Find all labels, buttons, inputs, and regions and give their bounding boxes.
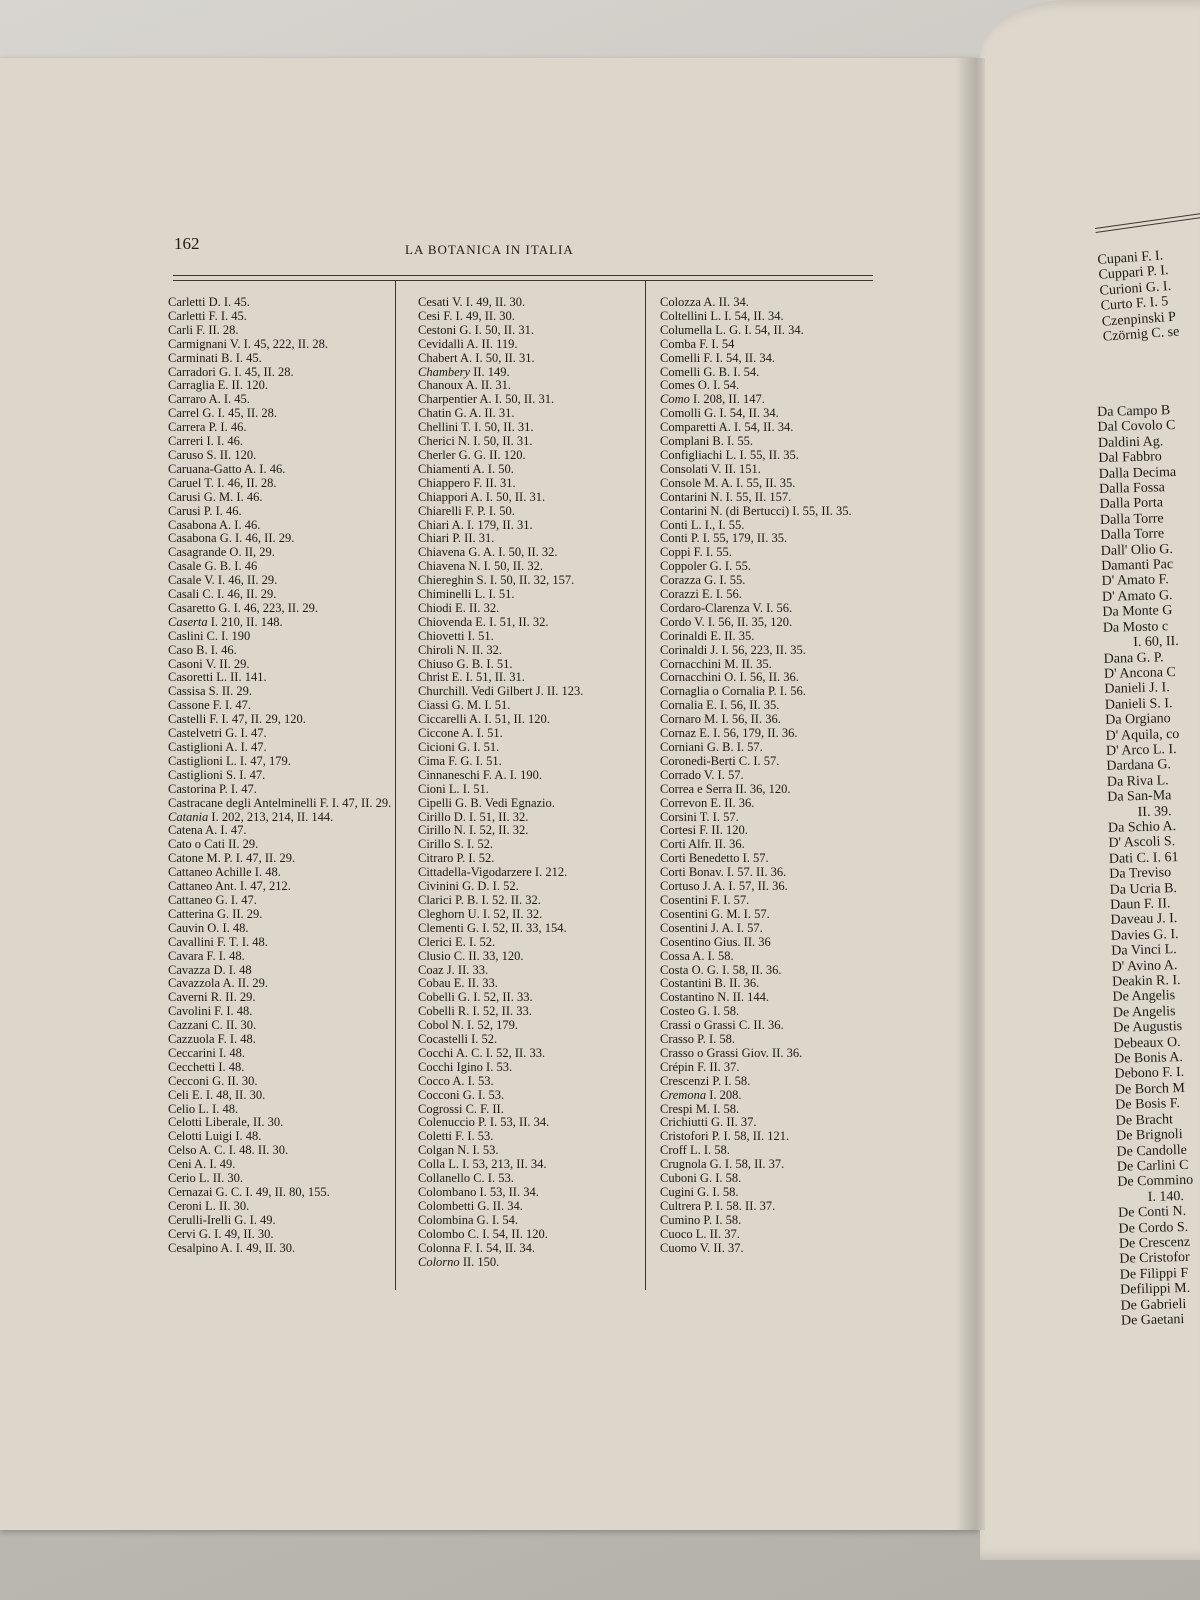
index-entry: Defilippi M.: [1120, 1279, 1200, 1298]
index-entry: Chiovetti I. 51.: [418, 630, 653, 644]
index-entry: Cavazzola A. II. 29.: [168, 977, 403, 991]
index-entry: Cauvin O. I. 48.: [168, 922, 403, 936]
index-entry: Cornaglia o Cornalia P. I. 56.: [660, 685, 895, 699]
index-entry: Cavolini F. I. 48.: [168, 1005, 403, 1019]
index-entry: Casali C. I. 46, II. 29.: [168, 588, 403, 602]
index-entry: Cosentini J. A. I. 57.: [660, 922, 895, 936]
index-entry: Celi E. I. 48, II. 30.: [168, 1089, 403, 1103]
index-entry: Cocchi A. C. I. 52, II. 33.: [418, 1047, 653, 1061]
index-entry: Chiavena G. A. I. 50, II. 32.: [418, 546, 653, 560]
index-entry: Carraglia E. II. 120.: [168, 379, 403, 393]
index-entry: Chiminelli L. I. 51.: [418, 588, 653, 602]
index-entry: Casagrande O. II, 29.: [168, 546, 403, 560]
index-entry: Cicioni G. I. 51.: [418, 741, 653, 755]
index-entry: Clementi G. I. 52, II. 33, 154.: [418, 922, 653, 936]
index-entry: Carli F. II. 28.: [168, 324, 403, 338]
index-entry: Ceroni L. II. 30.: [168, 1200, 403, 1214]
index-entry: Configliachi L. I. 55, II. 35.: [660, 449, 895, 463]
index-entry: Cocco A. I. 53.: [418, 1075, 653, 1089]
index-entry: Chiappori A. I. 50, II. 31.: [418, 491, 653, 505]
index-entry: Crespi M. I. 58.: [660, 1103, 895, 1117]
index-entry: Casoni V. II. 29.: [168, 658, 403, 672]
index-entry: Ceccarini I. 48.: [168, 1047, 403, 1061]
index-entry: Cordaro-Clarenza V. I. 56.: [660, 602, 895, 616]
index-entry: Coletti F. I. 53.: [418, 1130, 653, 1144]
index-entry: Chiuso G. B. I. 51.: [418, 658, 653, 672]
index-entry: Correvon E. II. 36.: [660, 797, 895, 811]
index-entry: Crescenzi P. I. 58.: [660, 1075, 895, 1089]
index-entry: Chiari A. I. 179, II. 31.: [418, 519, 653, 533]
index-entry: Cazzuola F. I. 48.: [168, 1033, 403, 1047]
index-entry: Caslini C. I. 190: [168, 630, 403, 644]
index-entry: Contarini N. (di Bertucci) I. 55, II. 35…: [660, 505, 895, 519]
index-entry: Como I. 208, II. 147.: [660, 393, 895, 407]
index-entry: Conti L. I., I. 55.: [660, 519, 895, 533]
index-entry: Chiamenti A. I. 50.: [418, 463, 653, 477]
index-entry: Clarici P. B. I. 52. II. 32.: [418, 894, 653, 908]
index-entry: Comparetti A. I. 54, II. 34.: [660, 421, 895, 435]
index-entry: Costantino N. II. 144.: [660, 991, 895, 1005]
index-entry: Cesati V. I. 49, II. 30.: [418, 296, 653, 310]
index-entry: Cosentini F. I. 57.: [660, 894, 895, 908]
index-entry: De Filippi F: [1120, 1264, 1200, 1283]
index-entry: Comelli G. B. I. 54.: [660, 366, 895, 380]
index-entry: Ceni A. I. 49.: [168, 1158, 403, 1172]
index-entry: Colozza A. II. 34.: [660, 296, 895, 310]
facing-page-top-entries: Cupani F. I.Cuppari P. I.Curioni G. I.Cu…: [1097, 243, 1200, 345]
index-entry: Cocastelli I. 52.: [418, 1033, 653, 1047]
index-entry: Corrado V. I. 57.: [660, 769, 895, 783]
page-number: 162: [174, 234, 200, 254]
index-entry: Cuboni G. I. 58.: [660, 1172, 895, 1186]
index-entry: Celotti Liberale, II. 30.: [168, 1116, 403, 1130]
index-entry: Colorno II. 150.: [418, 1256, 653, 1270]
index-entry: Churchill. Vedi Gilbert J. II. 123.: [418, 685, 653, 699]
index-entry: Cato o Cati II. 29.: [168, 838, 403, 852]
index-entry: Celotti Luigi I. 48.: [168, 1130, 403, 1144]
index-entry: Costantini B. II. 36.: [660, 977, 895, 991]
index-entry: Corti Alfr. II. 36.: [660, 838, 895, 852]
index-entry: Clusio C. II. 33, 120.: [418, 950, 653, 964]
index-entry: Chambery II. 149.: [418, 366, 653, 380]
index-entry: Cima F. G. I. 51.: [418, 755, 653, 769]
index-entry: Casaretto G. I. 46, 223, II. 29.: [168, 602, 403, 616]
index-entry: Comes O. I. 54.: [660, 379, 895, 393]
place-name: Cremona: [660, 1088, 706, 1102]
index-entry: Cobelli G. I. 52, II. 33.: [418, 991, 653, 1005]
index-entry: Corti Benedetto I. 57.: [660, 852, 895, 866]
index-entry: Cattaneo G. I. 47.: [168, 894, 403, 908]
index-entry: Castracane degli Antelminelli F. I. 47, …: [168, 797, 403, 811]
index-entry: Clerici E. I. 52.: [418, 936, 653, 950]
index-entry: Contarini N. I. 55, II. 157.: [660, 491, 895, 505]
index-entry: Cerio L. II. 30.: [168, 1172, 403, 1186]
index-entry: Chellini T. I. 50, II. 31.: [418, 421, 653, 435]
index-entry: Cirillo N. I. 52, II. 32.: [418, 824, 653, 838]
index-entry: Carmignani V. I. 45, 222, II. 28.: [168, 338, 403, 352]
index-entry: Chiodi E. II. 32.: [418, 602, 653, 616]
index-entry: Cattaneo Ant. I. 47, 212.: [168, 880, 403, 894]
index-entry: Caserta I. 210, II. 148.: [168, 616, 403, 630]
index-entry: Chiappero F. II. 31.: [418, 477, 653, 491]
index-entry: Cazzani C. II. 30.: [168, 1019, 403, 1033]
index-entry: Celso A. C. I. 48. II. 30.: [168, 1144, 403, 1158]
index-entry: Casabona A. I. 46.: [168, 519, 403, 533]
index-entry: Casale V. I. 46, II. 29.: [168, 574, 403, 588]
index-entry: Cavallini F. T. I. 48.: [168, 936, 403, 950]
index-entry: Casale G. B. I. 46: [168, 560, 403, 574]
index-entry: Caruso S. II. 120.: [168, 449, 403, 463]
index-entry: Colla L. I. 53, 213, II. 34.: [418, 1158, 653, 1172]
index-entry: Catterina G. II. 29.: [168, 908, 403, 922]
index-entry: Coaz J. II. 33.: [418, 964, 653, 978]
index-entry: Cumino P. I. 58.: [660, 1214, 895, 1228]
index-entry: Ciccone A. I. 51.: [418, 727, 653, 741]
header-double-rule: [173, 275, 873, 281]
index-entry: Cassisa S. II. 29.: [168, 685, 403, 699]
index-entry: Cecconi G. II. 30.: [168, 1075, 403, 1089]
index-entry: Casabona G. I. 46, II. 29.: [168, 532, 403, 546]
index-entry: Castorina P. I. 47.: [168, 783, 403, 797]
index-entry: Cipelli G. B. Vedi Egnazio.: [418, 797, 653, 811]
index-entry: Cortuso J. A. I. 57, II. 36.: [660, 880, 895, 894]
index-entry: Colgan N. I. 53.: [418, 1144, 653, 1158]
index-entry: Chatin G. A. II. 31.: [418, 407, 653, 421]
index-entry: Cassone F. I. 47.: [168, 699, 403, 713]
index-column-1: Carletti D. I. 45.Carletti F. I. 45.Carl…: [168, 296, 403, 1256]
index-entry: Castiglioni S. I. 47.: [168, 769, 403, 783]
index-entry: Chiereghin S. I. 50, II. 32, 157.: [418, 574, 653, 588]
place-name: Chambery: [418, 365, 470, 379]
index-entry: Carreri I. I. 46.: [168, 435, 403, 449]
index-entry: Celio L. I. 48.: [168, 1103, 403, 1117]
index-entry: Cittadella-Vigodarzere I. 212.: [418, 866, 653, 880]
index-entry: Cossa A. I. 58.: [660, 950, 895, 964]
index-entry: Cogrossi C. F. II.: [418, 1103, 653, 1117]
index-column-3: Colozza A. II. 34.Coltellini L. I. 54, I…: [660, 296, 895, 1256]
index-entry: De Cordo S.: [1118, 1218, 1200, 1237]
index-entry: Cavara F. I. 48.: [168, 950, 403, 964]
index-entry: Citraro P. I. 52.: [418, 852, 653, 866]
index-entry: Colenuccio P. I. 53, II. 34.: [418, 1116, 653, 1130]
index-entry: Castelvetri G. I. 47.: [168, 727, 403, 741]
index-entry: Christ E. I. 51, II. 31.: [418, 671, 653, 685]
index-entry: Cesi F. I. 49, II. 30.: [418, 310, 653, 324]
index-entry: Catone M. P. I. 47, II. 29.: [168, 852, 403, 866]
index-entry: Croff L. I. 58.: [660, 1144, 895, 1158]
index-entry: De Crescenz: [1119, 1233, 1200, 1252]
index-entry: Chiari P. II. 31.: [418, 532, 653, 546]
index-entry: De Cristofor: [1119, 1248, 1200, 1267]
index-entry: Cuomo V. II. 37.: [660, 1242, 895, 1256]
index-entry: Columella L. G. I. 54, II. 34.: [660, 324, 895, 338]
index-entry: Coronedi-Berti C. I. 57.: [660, 755, 895, 769]
index-entry: Costeo G. I. 58.: [660, 1005, 895, 1019]
index-entry: Cosentini G. M. I. 57.: [660, 908, 895, 922]
index-entry: De Commino: [1117, 1171, 1200, 1190]
index-entry: Correa e Serra II. 36, 120.: [660, 783, 895, 797]
index-entry: Carradori G. I. 45, II. 28.: [168, 366, 403, 380]
index-entry: Conti P. I. 55, 179, II. 35.: [660, 532, 895, 546]
index-entry: Crassi o Grassi C. II. 36.: [660, 1019, 895, 1033]
index-entry: Crichiutti G. II. 37.: [660, 1116, 895, 1130]
index-entry: Cocconi G. I. 53.: [418, 1089, 653, 1103]
index-entry: Cordo V. I. 56, II. 35, 120.: [660, 616, 895, 630]
index-entry: Comba F. I. 54: [660, 338, 895, 352]
index-entry: Corsini T. I. 57.: [660, 811, 895, 825]
index-entry: Corti Bonav. I. 57. II. 36.: [660, 866, 895, 880]
index-entry: Caruel T. I. 46, II. 28.: [168, 477, 403, 491]
index-entry: Collanello C. I. 53.: [418, 1172, 653, 1186]
index-entry: Crasso P. I. 58.: [660, 1033, 895, 1047]
index-entry: Colombetti G. II. 34.: [418, 1200, 653, 1214]
index-entry: Crépin F. II. 37.: [660, 1061, 895, 1075]
index-entry: Cocchi Igino I. 53.: [418, 1061, 653, 1075]
index-entry: Colombano I. 53, II. 34.: [418, 1186, 653, 1200]
index-entry: Crugnola G. I. 58, II. 37.: [660, 1158, 895, 1172]
index-entry: Caverni R. II. 29.: [168, 991, 403, 1005]
place-name: Caserta: [168, 615, 208, 629]
index-entry: Cobol N. I. 52, 179.: [418, 1019, 653, 1033]
index-entry: Cavazza D. I. 48: [168, 964, 403, 978]
index-entry: Corinaldi E. II. 35.: [660, 630, 895, 644]
index-entry: Coppoler G. I. 55.: [660, 560, 895, 574]
index-entry: Cristofori P. I. 58, II. 121.: [660, 1130, 895, 1144]
index-entry: Cherici N. I. 50, II. 31.: [418, 435, 653, 449]
index-entry: Caruana-Gatto A. I. 46.: [168, 463, 403, 477]
index-entry: Cecchetti I. 48.: [168, 1061, 403, 1075]
index-entry: Cestoni G. I. 50, II. 31.: [418, 324, 653, 338]
index-entry: Chiovenda E. I. 51, II. 32.: [418, 616, 653, 630]
index-entry: Cirillo S. I. 52.: [418, 838, 653, 852]
index-entry: Colombo C. I. 54, II. 120.: [418, 1228, 653, 1242]
index-entry: Cornacchini O. I. 56, II. 36.: [660, 671, 895, 685]
place-name: Catania: [168, 810, 208, 824]
index-entry: Chiarelli F. P. I. 50.: [418, 505, 653, 519]
index-entry: Complani B. I. 55.: [660, 435, 895, 449]
index-entry: Chiroli N. II. 32.: [418, 644, 653, 658]
index-entry: Cortesi F. II. 120.: [660, 824, 895, 838]
index-entry: Colombina G. I. 54.: [418, 1214, 653, 1228]
index-entry: Corazzi E. I. 56.: [660, 588, 895, 602]
index-entry: Cornalia E. I. 56, II. 35.: [660, 699, 895, 713]
index-entry: Cleghorn U. I. 52, II. 32.: [418, 908, 653, 922]
index-entry: Cornaz E. I. 56, 179, II. 36.: [660, 727, 895, 741]
index-entry: Carrera P. I. 46.: [168, 421, 403, 435]
index-entry: Comelli F. I. 54, II. 34.: [660, 352, 895, 366]
index-entry: Cultrera P. I. 58. II. 37.: [660, 1200, 895, 1214]
index-entry: De Conti N.: [1118, 1202, 1200, 1221]
index-entry: Cirillo D. I. 51, II. 32.: [418, 811, 653, 825]
index-entry: Catania I. 202, 213, 214, II. 144.: [168, 811, 403, 825]
index-entry: Cornaro M. I. 56, II. 36.: [660, 713, 895, 727]
running-title: LA BOTANICA IN ITALIA: [405, 242, 574, 258]
index-entry: Cattaneo Achille I. 48.: [168, 866, 403, 880]
index-entry: Cherler G. G. II. 120.: [418, 449, 653, 463]
index-entry: Ciccarelli A. I. 51, II. 120.: [418, 713, 653, 727]
index-entry: De Gaetani: [1121, 1310, 1200, 1329]
index-entry: Casoretti L. II. 141.: [168, 671, 403, 685]
index-entry: Carusi P. I. 46.: [168, 505, 403, 519]
index-entry: Chiavena N. I. 50, II. 32.: [418, 560, 653, 574]
index-entry: Cobelli R. I. 52, II. 33.: [418, 1005, 653, 1019]
index-entry: Carusi G. M. I. 46.: [168, 491, 403, 505]
index-entry: Cevidalli A. II. 119.: [418, 338, 653, 352]
index-entry: Colonna F. I. 54, II. 34.: [418, 1242, 653, 1256]
index-entry: Cernazai G. C. I. 49, II. 80, 155.: [168, 1186, 403, 1200]
index-entry: Carletti F. I. 45.: [168, 310, 403, 324]
index-entry: Caso B. I. 46.: [168, 644, 403, 658]
index-entry: Castelli F. I. 47, II. 29, 120.: [168, 713, 403, 727]
book-gutter: [955, 58, 985, 1530]
index-entry: Consolati V. II. 151.: [660, 463, 895, 477]
index-entry: Chanoux A. II. 31.: [418, 379, 653, 393]
index-entry: Cinnaneschi F. A. I. 190.: [418, 769, 653, 783]
index-entry: Coltellini L. I. 54, II. 34.: [660, 310, 895, 324]
place-name: Como: [660, 392, 690, 406]
index-entry: Corinaldi J. I. 56, 223, II. 35.: [660, 644, 895, 658]
index-entry: Ciassi G. M. I. 51.: [418, 699, 653, 713]
index-entry: Cosentino Gius. II. 36: [660, 936, 895, 950]
index-entry: Cobau E. II. 33.: [418, 977, 653, 991]
index-entry: Castiglioni A. I. 47.: [168, 741, 403, 755]
index-entry: Civinini G. D. I. 52.: [418, 880, 653, 894]
index-entry: Cornacchini M. II. 35.: [660, 658, 895, 672]
index-entry: Charpentier A. I. 50, II. 31.: [418, 393, 653, 407]
index-entry: Cremona I. 208.: [660, 1089, 895, 1103]
index-entry: Cerulli-Irelli G. I. 49.: [168, 1214, 403, 1228]
index-entry: Crasso o Grassi Giov. II. 36.: [660, 1047, 895, 1061]
index-entry: Cesalpino A. I. 49, II. 30.: [168, 1242, 403, 1256]
index-entry: Corazza G. I. 55.: [660, 574, 895, 588]
index-entry: Castiglioni L. I. 47, 179.: [168, 755, 403, 769]
index-entry: Carraro A. I. 45.: [168, 393, 403, 407]
index-entry: De Gabrieli: [1120, 1295, 1200, 1314]
index-entry: Carminati B. I. 45.: [168, 352, 403, 366]
index-entry: Console M. A. I. 55, II. 35.: [660, 477, 895, 491]
index-entry: Costa O. G. I. 58, II. 36.: [660, 964, 895, 978]
index-entry: Carletti D. I. 45.: [168, 296, 403, 310]
index-entry: Cioni L. I. 51.: [418, 783, 653, 797]
index-entry: Catena A. I. 47.: [168, 824, 403, 838]
index-entry: Chabert A. I. 50, II. 31.: [418, 352, 653, 366]
index-entry: Cervi G. I. 49, II. 30.: [168, 1228, 403, 1242]
index-entry: Comolli G. I. 54, II. 34.: [660, 407, 895, 421]
index-entry: Corniani G. B. I. 57.: [660, 741, 895, 755]
index-entry: Coppi F. I. 55.: [660, 546, 895, 560]
index-entry: Carrel G. I. 45, II. 28.: [168, 407, 403, 421]
index-entry: Cugini G. I. 58.: [660, 1186, 895, 1200]
place-name: Colorno: [418, 1255, 460, 1269]
index-entry: Cuoco L. II. 37.: [660, 1228, 895, 1242]
index-column-2: Cesati V. I. 49, II. 30.Cesi F. I. 49, I…: [418, 296, 653, 1269]
